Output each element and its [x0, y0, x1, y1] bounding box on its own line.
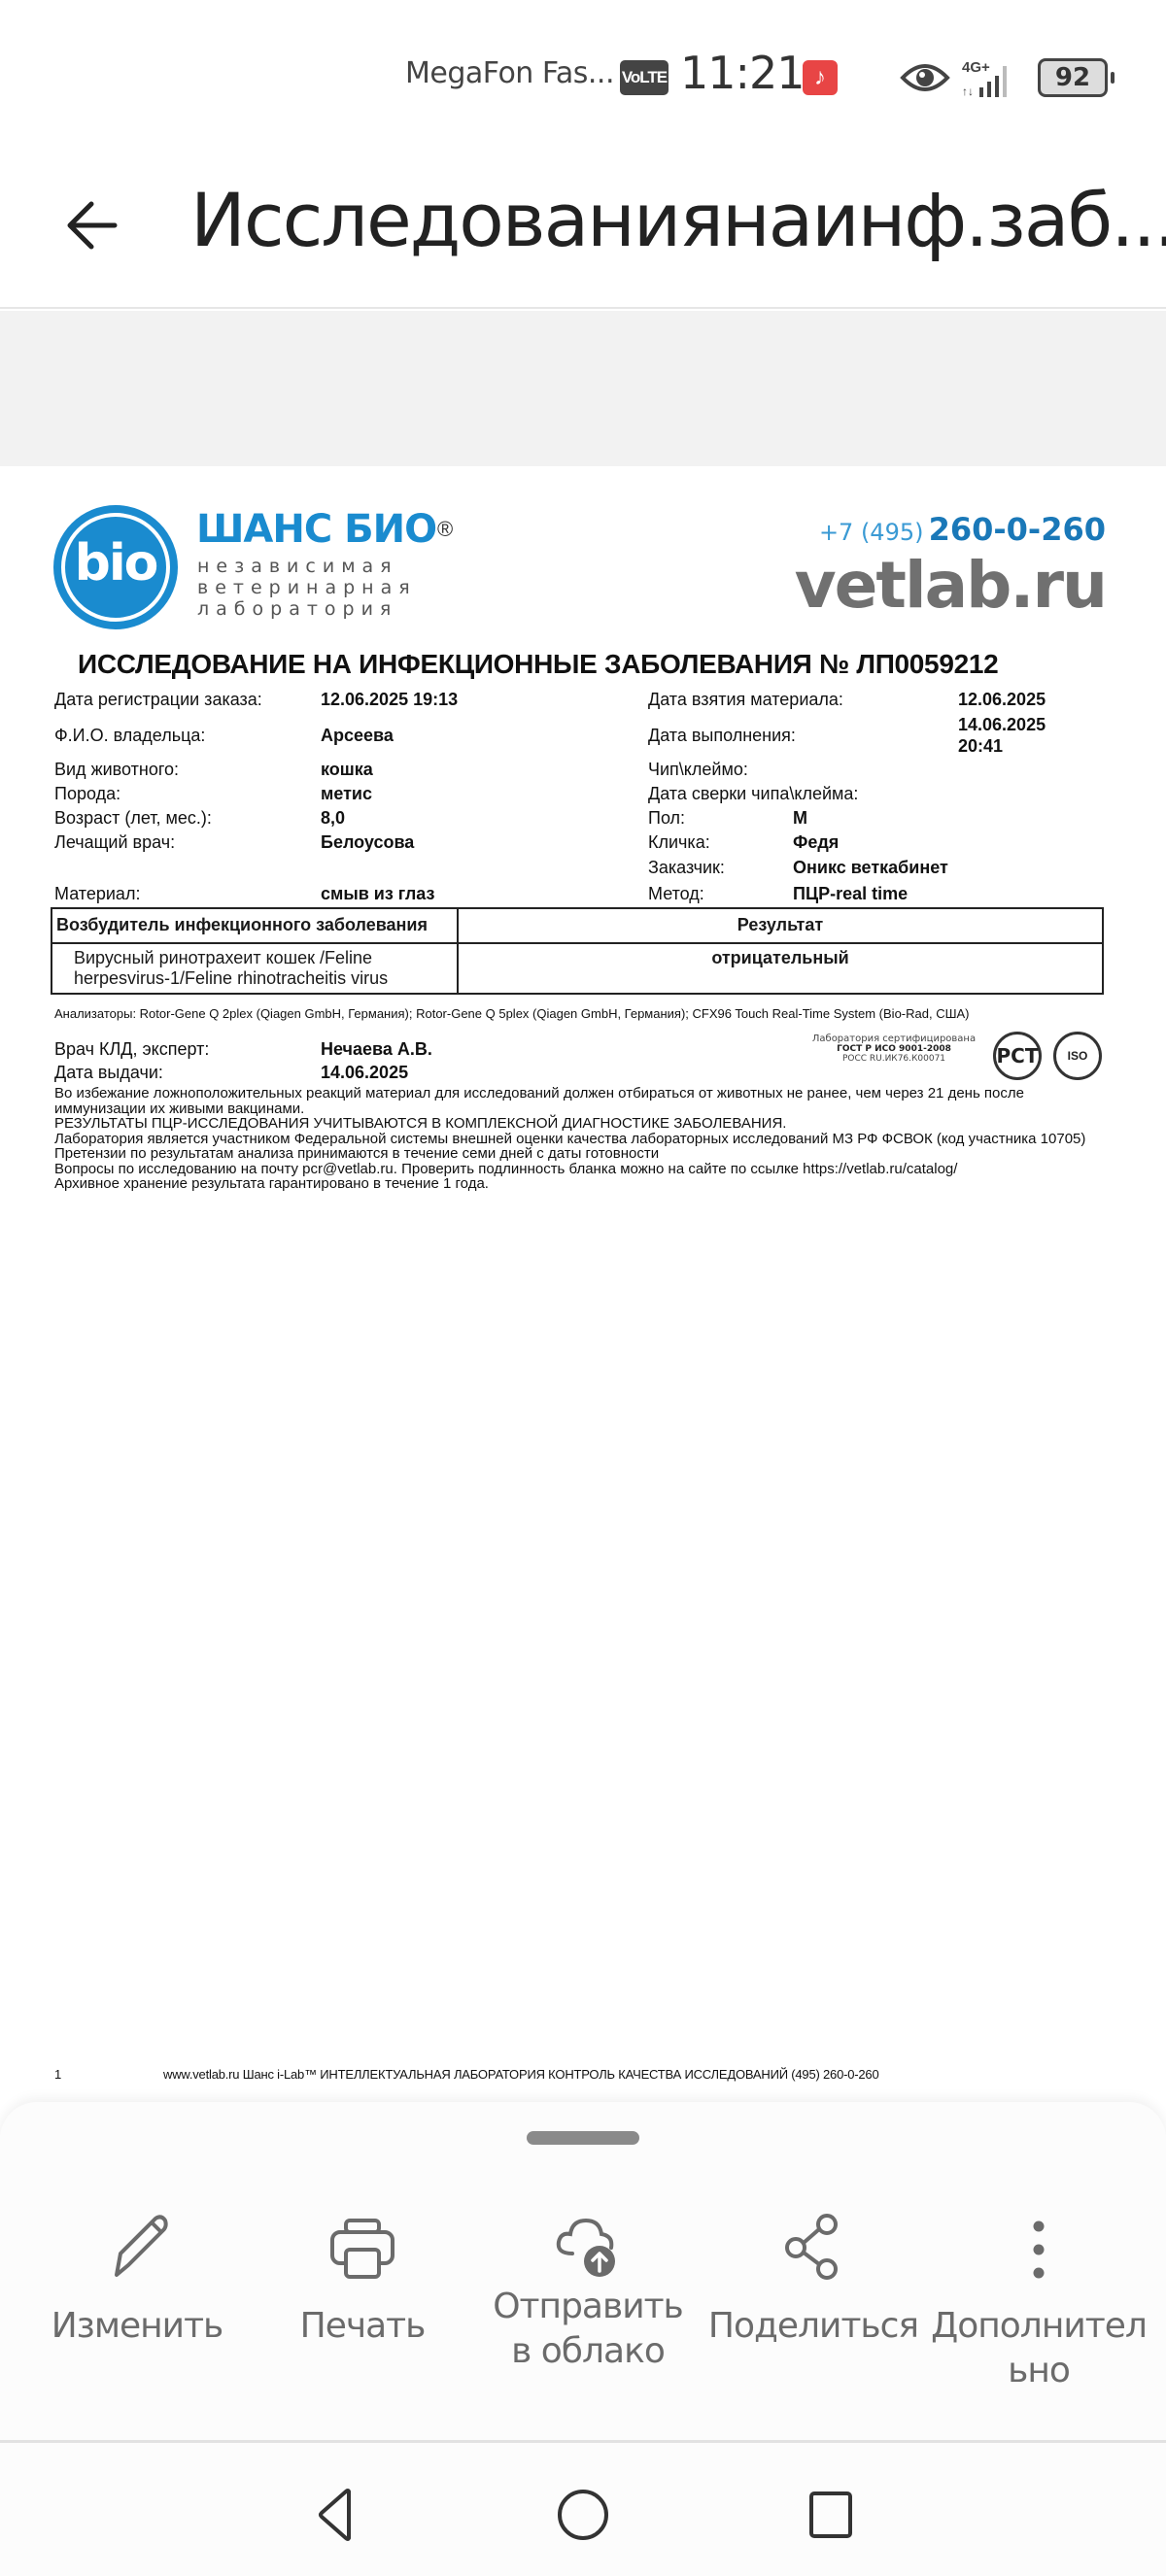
- document-page: bio ШАНС БИО ® независимая ветеринарная …: [0, 466, 1166, 2108]
- upload-to-cloud-button[interactable]: Отправить в облако: [475, 2197, 701, 2393]
- printer-icon: [328, 2219, 396, 2281]
- field-value: 8,0: [321, 808, 345, 829]
- field-label: Кличка:: [648, 832, 710, 853]
- registered-mark: ®: [437, 517, 453, 542]
- rst-seal-icon: РСТ: [993, 1032, 1042, 1080]
- sheet-drag-handle[interactable]: [527, 2131, 639, 2145]
- header-result: Результат: [458, 908, 1103, 943]
- document-title: Исследованиянаинф.заб...: [190, 177, 1166, 263]
- nav-home-icon: [556, 2488, 610, 2542]
- field-value: метис: [321, 784, 372, 804]
- field-value: Оникс веткабинет: [793, 858, 948, 878]
- field-value: Федя: [793, 832, 839, 853]
- more-vertical-icon: [1029, 2219, 1048, 2281]
- clock: 11:21: [680, 47, 805, 99]
- music-app-icon: ♪: [803, 60, 838, 95]
- bio-logo: bio: [53, 505, 178, 629]
- viewer-background: [0, 311, 1166, 466]
- status-bar: MegaFon Fas... VoLTE 11:21 ♪ 4G+ ↑↓ 92: [0, 0, 1166, 155]
- issue-date-label: Дата выдачи:: [54, 1063, 163, 1083]
- carrier-name: MegaFon Fas...: [405, 56, 614, 90]
- pathogen-cell: Вирусный ринотрахеит кошек /Feline herpe…: [51, 943, 458, 994]
- field-label: Вид животного:: [54, 760, 179, 780]
- result-cell: отрицательный: [458, 943, 1103, 994]
- expert-value: Нечаева А.В.: [321, 1039, 432, 1060]
- field-label: Дата выполнения:: [648, 726, 796, 746]
- issue-date-value: 14.06.2025: [321, 1063, 408, 1083]
- field-label: Дата сверки чипа\клейма:: [648, 784, 858, 804]
- nav-back-button[interactable]: [306, 2486, 364, 2544]
- field-value: кошка: [321, 760, 373, 780]
- svg-text:↑↓: ↑↓: [962, 85, 974, 98]
- field-value: 14.06.2025: [958, 715, 1046, 735]
- field-label: Дата взятия материала:: [648, 690, 843, 710]
- pencil-icon: [103, 2211, 171, 2281]
- field-label: Метод:: [648, 884, 704, 904]
- field-label: Пол:: [648, 808, 685, 829]
- more-button[interactable]: Дополнительно: [926, 2197, 1151, 2393]
- eye-comfort-icon: [900, 60, 950, 95]
- table-row: Вирусный ринотрахеит кошек /Feline herpe…: [51, 943, 1103, 994]
- header-pathogen: Возбудитель инфекционного заболевания: [51, 908, 458, 943]
- field-label: Ф.И.О. владельца:: [54, 726, 205, 746]
- field-value: 12.06.2025 19:13: [321, 690, 458, 710]
- certification-text: Лаборатория сертифицирована ГОСТ Р ИСО 9…: [797, 1034, 991, 1064]
- report-title: ИССЛЕДОВАНИЕ НА ИНФЕКЦИОННЫЕ ЗАБОЛЕВАНИЯ…: [78, 649, 998, 680]
- results-table: Возбудитель инфекционного заболевания Ре…: [51, 907, 1104, 995]
- field-label: Дата регистрации заказа:: [54, 690, 262, 710]
- lab-website: vetlab.ru: [795, 548, 1106, 623]
- battery-indicator: 92: [1038, 58, 1108, 97]
- field-value: Белоусова: [321, 832, 414, 853]
- brand-subtitle-1: независимая: [197, 556, 398, 577]
- expert-label: Врач КЛД, эксперт:: [54, 1039, 209, 1060]
- field-label: Порода:: [54, 784, 120, 804]
- field-label: Чип\клеймо:: [648, 760, 748, 780]
- field-value: ПЦР-real time: [793, 884, 908, 904]
- system-nav-bar: [0, 2440, 1166, 2576]
- nav-home-button[interactable]: [554, 2486, 612, 2544]
- notes-block: Во избежание ложноположительных реакций …: [54, 1086, 1085, 1192]
- page-number: 1: [54, 2067, 61, 2082]
- lab-phone: +7 (495) 260-0-260: [819, 511, 1106, 548]
- brand-subtitle-2: ветеринарная: [197, 577, 417, 598]
- arrow-left-icon[interactable]: [49, 186, 126, 264]
- brand-name: ШАНС БИО: [196, 507, 436, 552]
- print-button[interactable]: Печать: [250, 2197, 475, 2393]
- analyzers-text: Анализаторы: Rotor-Gene Q 2plex (Qiagen …: [54, 1006, 970, 1021]
- field-value: Арсеева: [321, 726, 394, 746]
- svg-text:4G+: 4G+: [962, 59, 990, 76]
- app-bar: Исследованиянаинф.заб...: [0, 155, 1166, 309]
- signal-4g-icon: 4G+ ↑↓: [962, 56, 1026, 99]
- field-label: Материал:: [54, 884, 140, 904]
- field-label: Лечащий врач:: [54, 832, 175, 853]
- field-value: 20:41: [958, 736, 1003, 757]
- field-label: Заказчик:: [648, 858, 725, 878]
- field-value: 12.06.2025: [958, 690, 1046, 710]
- table-header-row: Возбудитель инфекционного заболевания Ре…: [51, 908, 1103, 943]
- cloud-upload-icon: [553, 2217, 623, 2281]
- volte-icon: VoLTE: [620, 60, 669, 95]
- field-label: Возраст (лет, мес.):: [54, 808, 212, 829]
- share-button[interactable]: Поделиться: [701, 2197, 926, 2393]
- nav-recents-button[interactable]: [802, 2486, 860, 2544]
- iso-seal-icon: ISO: [1053, 1032, 1102, 1080]
- nav-recents-icon: [807, 2490, 854, 2540]
- field-value: М: [793, 808, 807, 829]
- field-value: смыв из глаз: [321, 884, 434, 904]
- share-icon: [782, 2213, 844, 2281]
- action-sheet: Изменить Печать Отправить в облако: [0, 2102, 1166, 2440]
- brand-subtitle-3: лаборатория: [197, 598, 397, 620]
- nav-back-icon: [312, 2488, 359, 2542]
- page-footer: www.vetlab.ru Шанс i-Lab™ ИНТЕЛЛЕКТУАЛЬН…: [163, 2067, 879, 2082]
- edit-button[interactable]: Изменить: [24, 2197, 250, 2393]
